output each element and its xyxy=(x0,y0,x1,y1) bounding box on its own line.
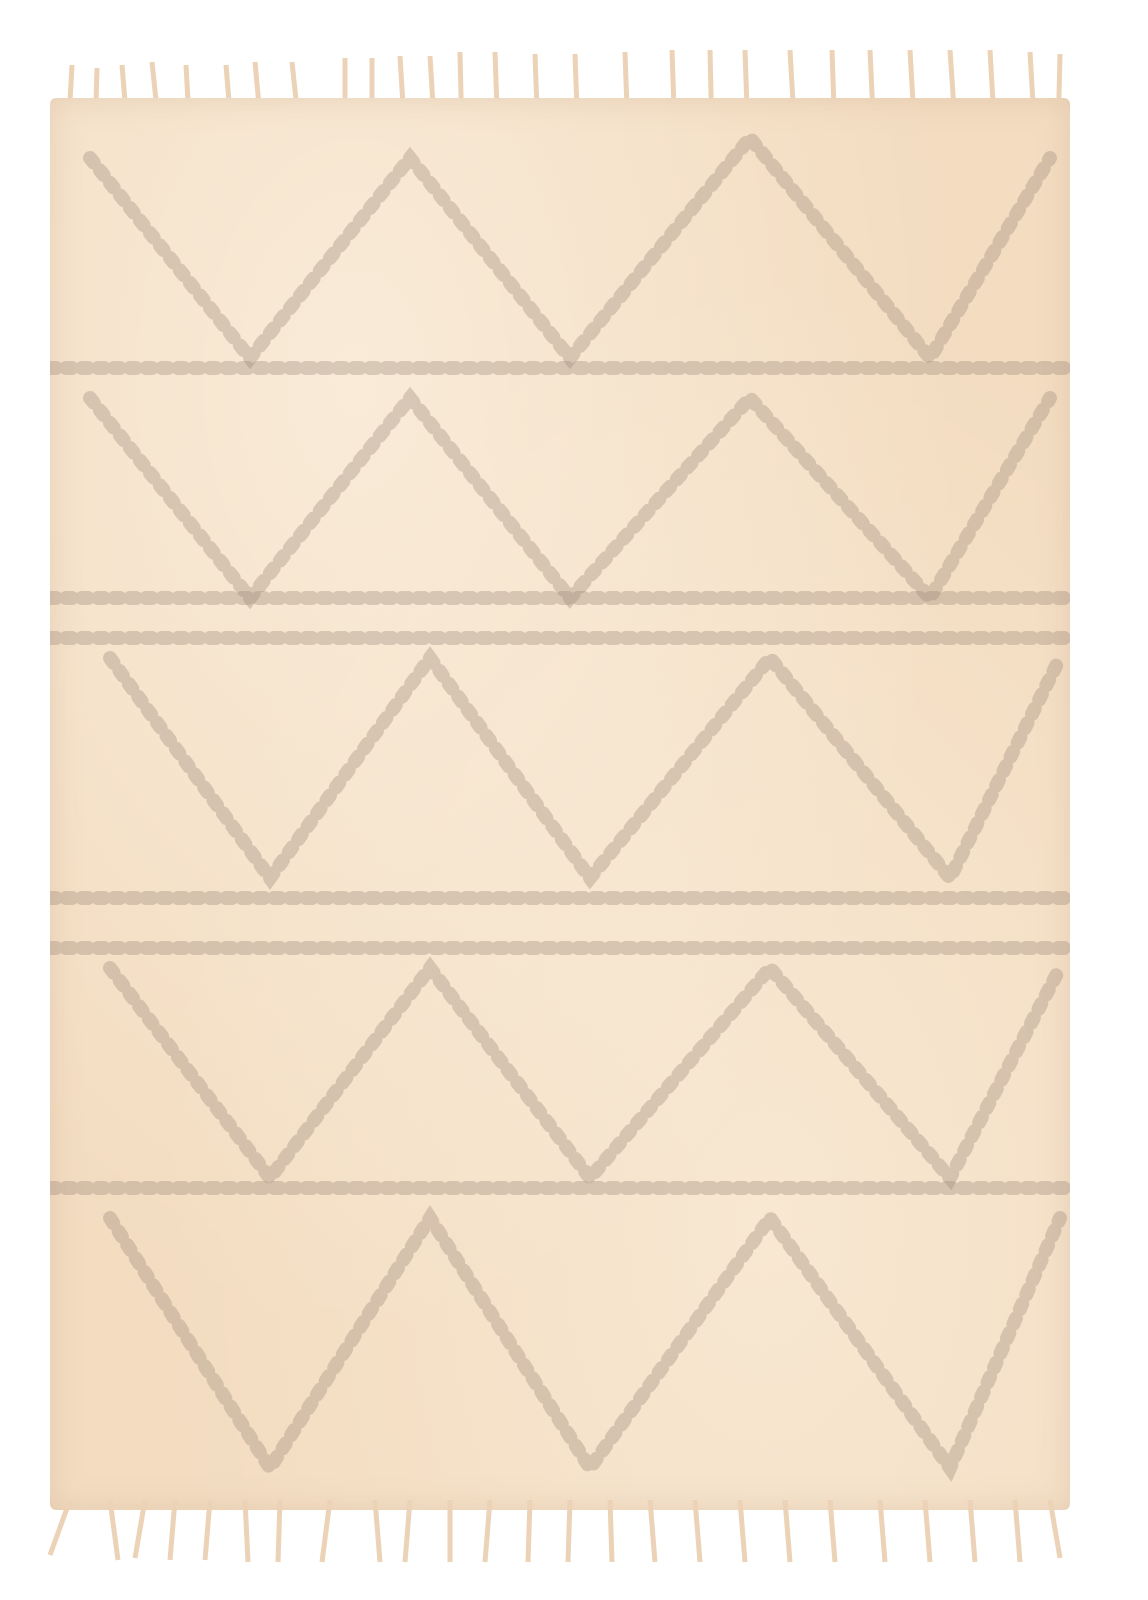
rug xyxy=(50,98,1070,1510)
bottom-fringe xyxy=(0,1500,1148,1600)
rug-pattern xyxy=(50,98,1070,1510)
